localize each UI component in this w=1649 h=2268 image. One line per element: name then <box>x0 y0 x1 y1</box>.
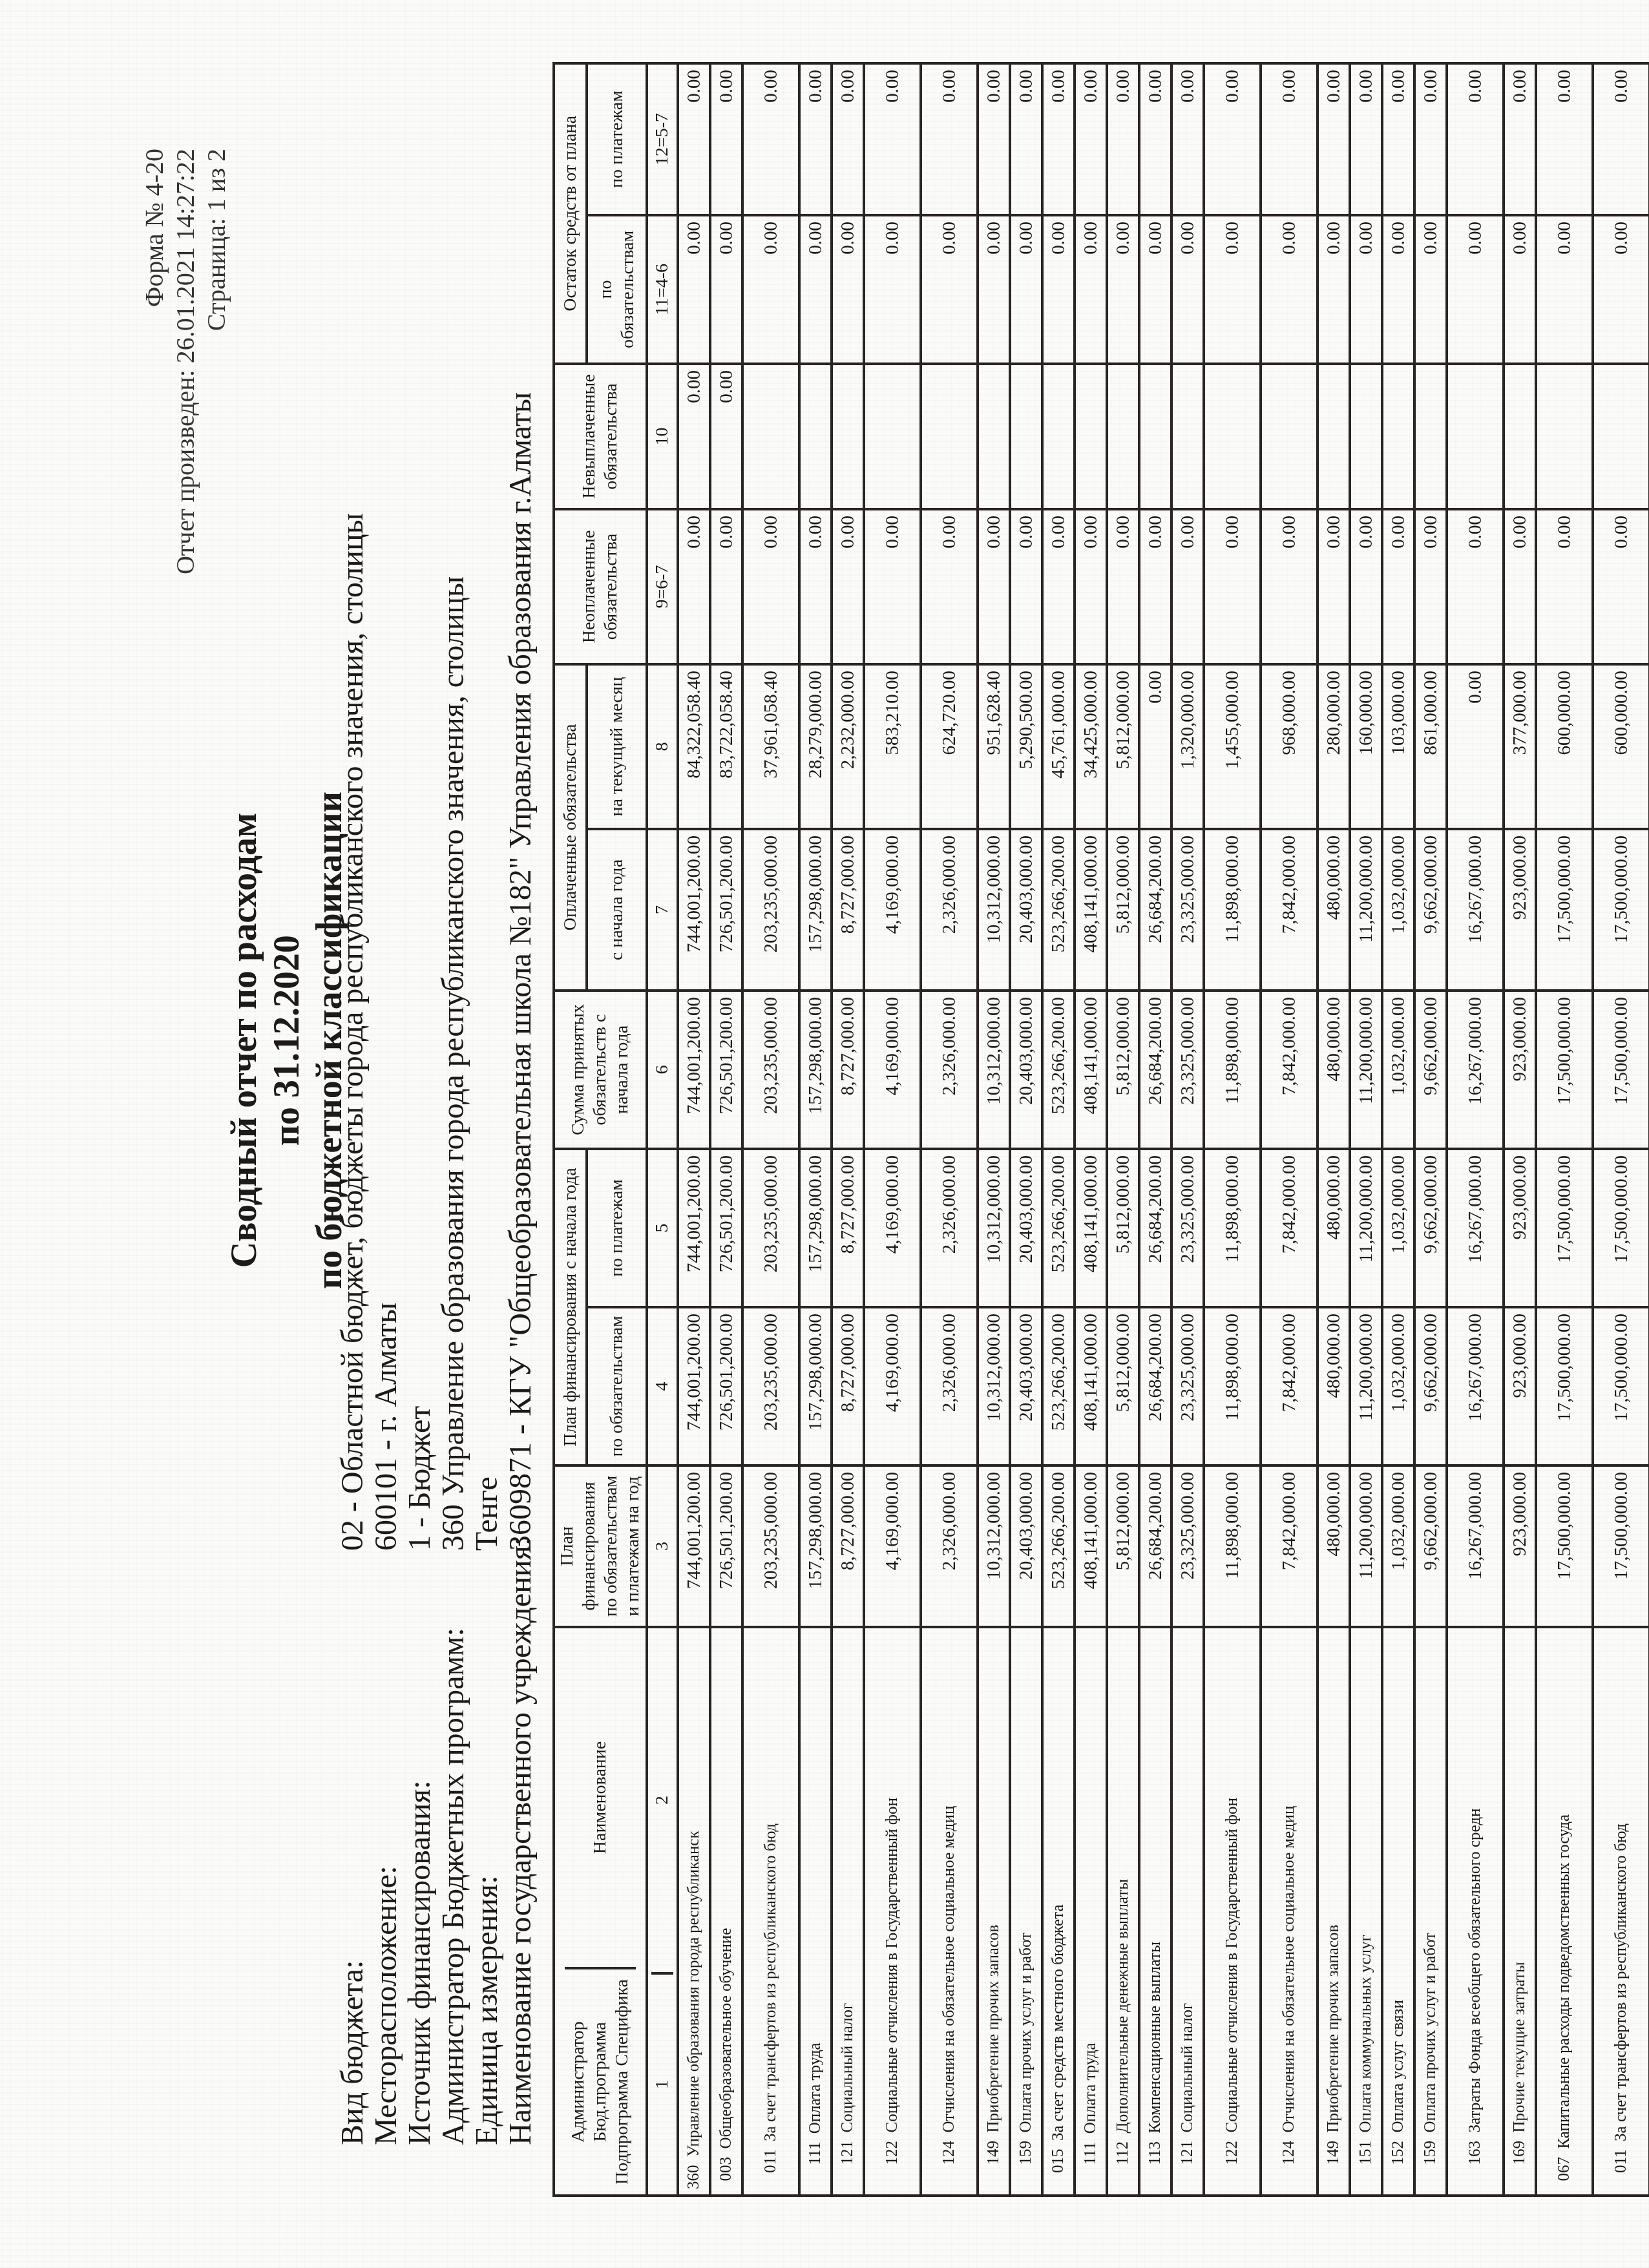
cell-c8: 34,425,000.00 <box>1075 664 1107 829</box>
cell-c8: 28,279,000.00 <box>799 664 832 829</box>
header-remainder-payments: по платежам <box>587 63 647 215</box>
table-row: 152 Оплата услуг связи1,032,000.001,032,… <box>1382 63 1414 2196</box>
cell-c10 <box>1042 364 1075 509</box>
cell-c12: 0.00 <box>1318 63 1350 215</box>
meta-row: Единица измерения:Тенге <box>470 392 504 2145</box>
cell-c8: 968,000.00 <box>1261 664 1318 829</box>
table-row: 111 Оплата труда408,141,000.00408,141,00… <box>1075 63 1107 2196</box>
cell-c4: 17,500,000.00 <box>1536 1307 1593 1465</box>
row-name: 151 Оплата коммунальных услуг <box>1350 1627 1382 2196</box>
cell-c10: 0.00 <box>678 364 710 509</box>
table-row: 122 Социальные отчисления в Государствен… <box>864 63 921 2196</box>
cell-c8: 861,000.00 <box>1414 664 1447 829</box>
cell-c10 <box>1107 364 1139 509</box>
cell-c9: 0.00 <box>742 509 799 664</box>
cell-c4: 157,298,000.00 <box>799 1307 832 1465</box>
cell-c12: 0.00 <box>1075 63 1107 215</box>
cell-c9: 0.00 <box>921 509 978 664</box>
cell-c12: 0.00 <box>799 63 832 215</box>
meta-label: Месторасположение: <box>370 1551 403 2145</box>
header-name-text: Наименование <box>565 1628 636 1967</box>
table-row: 011 За счет трансфертов из республиканск… <box>1593 63 1649 2196</box>
row-name: 011 За счет трансфертов из республиканск… <box>742 1627 799 2196</box>
header-admin-code-text: Администратор Бюд.программа Подпрограмма… <box>565 1967 636 2194</box>
cell-c4: 2,326,000.00 <box>921 1307 978 1465</box>
cell-c6: 523,266,200.00 <box>1042 991 1075 1149</box>
report-generated: Отчет произведен: 26.01.2021 14:27:22 <box>170 149 201 574</box>
table-row: 067 Капитальные расходы подведомственных… <box>1536 63 1593 2196</box>
cell-c7: 17,500,000.00 <box>1593 829 1649 991</box>
cell-c11: 0.00 <box>1382 215 1414 364</box>
row-name: 152 Оплата услуг связи <box>1382 1627 1414 2196</box>
cell-c9: 0.00 <box>678 509 710 664</box>
column-number-10: 10 <box>647 364 678 509</box>
header-paid-obligations: Оплаченные обязательства <box>554 664 587 991</box>
table-body: 360 Управление образования города респуб… <box>678 63 1649 2196</box>
cell-c9: 0.00 <box>1139 509 1171 664</box>
table-row: 121 Социальный налог23,325,000.0023,325,… <box>1171 63 1204 2196</box>
cell-c9: 0.00 <box>1414 509 1447 664</box>
cell-c3: 26,684,200.00 <box>1139 1465 1171 1627</box>
cell-c7: 20,403,000.00 <box>1010 829 1042 991</box>
cell-c9: 0.00 <box>1536 509 1593 664</box>
cell-c8: 624,720.00 <box>921 664 978 829</box>
cell-c9: 0.00 <box>1382 509 1414 664</box>
title-line-1: Сводный отчет по расходам <box>223 394 266 1686</box>
cell-c5: 408,141,000.00 <box>1075 1149 1107 1307</box>
header-paid-ytd: с начала года <box>587 829 647 991</box>
cell-c8: 45,761,000.00 <box>1042 664 1075 829</box>
header-plan-obligations: по обязательствам <box>587 1307 647 1465</box>
column-number-11: 11=4-6 <box>647 215 678 364</box>
cell-c9: 0.00 <box>832 509 864 664</box>
cell-c7: 1,032,000.00 <box>1382 829 1414 991</box>
table-row: 124 Отчисления на обязательное социально… <box>921 63 978 2196</box>
cell-c7: 8,727,000.00 <box>832 829 864 991</box>
cell-c10: 0.00 <box>710 364 742 509</box>
row-name: 122 Социальные отчисления в Государствен… <box>1204 1627 1261 2196</box>
cell-c5: 23,325,000.00 <box>1171 1149 1204 1307</box>
cell-c6: 8,727,000.00 <box>832 991 864 1149</box>
cell-c12: 0.00 <box>1350 63 1382 215</box>
header-plan-ytd: План финансирования с начала года <box>554 1149 587 1465</box>
cell-c12: 0.00 <box>864 63 921 215</box>
cell-c10 <box>1010 364 1042 509</box>
cell-c9: 0.00 <box>1042 509 1075 664</box>
row-name: 111 Оплата труда <box>799 1627 832 2196</box>
form-number: Форма № 4-20 <box>139 149 170 574</box>
cell-c4: 10,312,000.00 <box>978 1307 1010 1465</box>
cell-c6: 2,326,000.00 <box>921 991 978 1149</box>
meta-value: 360 Управление образования города респуб… <box>437 576 470 1551</box>
cell-c5: 11,898,000.00 <box>1204 1149 1261 1307</box>
column-number-6: 6 <box>647 991 678 1149</box>
cell-c9: 0.00 <box>1171 509 1204 664</box>
cell-c12: 0.00 <box>1447 63 1504 215</box>
cell-c3: 408,141,000.00 <box>1075 1465 1107 1627</box>
cell-c11: 0.00 <box>1593 215 1649 364</box>
column-number-8: 8 <box>647 664 678 829</box>
cell-c3: 4,169,000.00 <box>864 1465 921 1627</box>
header-accepted-obligations: Сумма принятых обязательств с начала год… <box>554 991 647 1149</box>
cell-c9: 0.00 <box>1010 509 1042 664</box>
cell-c3: 744,001,200.00 <box>678 1465 710 1627</box>
cell-c10 <box>1350 364 1382 509</box>
cell-c11: 0.00 <box>799 215 832 364</box>
cell-c3: 8,727,000.00 <box>832 1465 864 1627</box>
cell-c5: 17,500,000.00 <box>1536 1149 1593 1307</box>
cell-c7: 16,267,000.00 <box>1447 829 1504 991</box>
cell-c3: 17,500,000.00 <box>1593 1465 1649 1627</box>
cell-c11: 0.00 <box>742 215 799 364</box>
cell-c5: 4,169,000.00 <box>864 1149 921 1307</box>
cell-c3: 20,403,000.00 <box>1010 1465 1042 1627</box>
table-row: 121 Социальный налог8,727,000.008,727,00… <box>832 63 864 2196</box>
cell-c6: 1,032,000.00 <box>1382 991 1414 1149</box>
cell-c12: 0.00 <box>678 63 710 215</box>
column-number-5: 5 <box>647 1149 678 1307</box>
row-name: 159 Оплата прочих услуг и работ <box>1010 1627 1042 2196</box>
cell-c5: 157,298,000.00 <box>799 1149 832 1307</box>
cell-c4: 480,000.00 <box>1318 1307 1350 1465</box>
row-name: 124 Отчисления на обязательное социально… <box>1261 1627 1318 2196</box>
cell-c4: 203,235,000.00 <box>742 1307 799 1465</box>
cell-c11: 0.00 <box>921 215 978 364</box>
table-row: 149 Приобретение прочих запасов10,312,00… <box>978 63 1010 2196</box>
cell-c10 <box>1139 364 1171 509</box>
cell-c8: 160,000.00 <box>1350 664 1382 829</box>
cell-c11: 0.00 <box>1107 215 1139 364</box>
cell-c6: 16,267,000.00 <box>1447 991 1504 1149</box>
cell-c5: 923,000.00 <box>1504 1149 1536 1307</box>
cell-c9: 0.00 <box>710 509 742 664</box>
cell-c3: 523,266,200.00 <box>1042 1465 1075 1627</box>
cell-c11: 0.00 <box>978 215 1010 364</box>
cell-c4: 744,001,200.00 <box>678 1307 710 1465</box>
cell-c7: 726,501,200.00 <box>710 829 742 991</box>
cell-c5: 726,501,200.00 <box>710 1149 742 1307</box>
report-title: Сводный отчет по расходам по 31.12.2020 … <box>223 394 351 1686</box>
cell-c4: 20,403,000.00 <box>1010 1307 1042 1465</box>
cell-c9: 0.00 <box>799 509 832 664</box>
column-number-3: 3 <box>647 1465 678 1627</box>
cell-c12: 0.00 <box>710 63 742 215</box>
cell-c6: 7,842,000.00 <box>1261 991 1318 1149</box>
cell-c11: 0.00 <box>710 215 742 364</box>
cell-c10 <box>1504 364 1536 509</box>
cell-c6: 26,684,200.00 <box>1139 991 1171 1149</box>
cell-c7: 923,000.00 <box>1504 829 1536 991</box>
cell-c12: 0.00 <box>1107 63 1139 215</box>
cell-c8: 83,722,058.40 <box>710 664 742 829</box>
header-unpaid-obligations: Неоплаченные обязательства <box>554 509 647 664</box>
cell-c8: 951,628.40 <box>978 664 1010 829</box>
cell-c12: 0.00 <box>1042 63 1075 215</box>
cell-c9: 0.00 <box>1107 509 1139 664</box>
cell-c5: 5,812,000.00 <box>1107 1149 1139 1307</box>
cell-c7: 203,235,000.00 <box>742 829 799 991</box>
cell-c3: 17,500,000.00 <box>1536 1465 1593 1627</box>
cell-c11: 0.00 <box>1261 215 1318 364</box>
cell-c3: 7,842,000.00 <box>1261 1465 1318 1627</box>
table-row: 122 Социальные отчисления в Государствен… <box>1204 63 1261 2196</box>
table-row: 112 Дополнительные денежные выплаты5,812… <box>1107 63 1139 2196</box>
cell-c10 <box>1414 364 1447 509</box>
cell-c12: 0.00 <box>978 63 1010 215</box>
cell-c8: 103,000.00 <box>1382 664 1414 829</box>
cell-c4: 4,169,000.00 <box>864 1307 921 1465</box>
cell-c5: 2,326,000.00 <box>921 1149 978 1307</box>
cell-c6: 9,662,000.00 <box>1414 991 1447 1149</box>
meta-label: Наименование государственного учреждения… <box>504 1551 538 2145</box>
cell-c10 <box>1447 364 1504 509</box>
cell-c11: 0.00 <box>1318 215 1350 364</box>
cell-c8: 2,232,000.00 <box>832 664 864 829</box>
cell-c4: 23,325,000.00 <box>1171 1307 1204 1465</box>
column-number-4: 4 <box>647 1307 678 1465</box>
cell-c6: 20,403,000.00 <box>1010 991 1042 1149</box>
cell-c12: 0.00 <box>1204 63 1261 215</box>
cell-c11: 0.00 <box>1414 215 1447 364</box>
meta-label: Единица измерения: <box>470 1551 504 2145</box>
cell-c6: 726,501,200.00 <box>710 991 742 1149</box>
cell-c10 <box>1075 364 1107 509</box>
cell-c6: 203,235,000.00 <box>742 991 799 1149</box>
table-row: 111 Оплата труда157,298,000.00157,298,00… <box>799 63 832 2196</box>
cell-c7: 157,298,000.00 <box>799 829 832 991</box>
cell-c3: 203,235,000.00 <box>742 1465 799 1627</box>
cell-c11: 0.00 <box>1042 215 1075 364</box>
row-name: 360 Управление образования города респуб… <box>678 1627 710 2196</box>
header-plan-payments: по платежам <box>587 1149 647 1307</box>
cell-c11: 0.00 <box>1010 215 1042 364</box>
report-page: Форма № 4-20 Отчет произведен: 26.01.202… <box>0 0 1649 2268</box>
cell-c10 <box>1171 364 1204 509</box>
row-name: 149 Приобретение прочих запасов <box>1318 1627 1350 2196</box>
cell-c3: 10,312,000.00 <box>978 1465 1010 1627</box>
row-name: 124 Отчисления на обязательное социально… <box>921 1627 978 2196</box>
cell-c10 <box>799 364 832 509</box>
table-row: 151 Оплата коммунальных услуг11,200,000.… <box>1350 63 1382 2196</box>
row-name: 113 Компенсационные выплаты <box>1139 1627 1171 2196</box>
cell-c3: 2,326,000.00 <box>921 1465 978 1627</box>
cell-c6: 923,000.00 <box>1504 991 1536 1149</box>
cell-c3: 726,501,200.00 <box>710 1465 742 1627</box>
cell-c3: 16,267,000.00 <box>1447 1465 1504 1627</box>
cell-c9: 0.00 <box>1204 509 1261 664</box>
cell-c4: 11,898,000.00 <box>1204 1307 1261 1465</box>
column-number-12: 12=5-7 <box>647 63 678 215</box>
row-name: 122 Социальные отчисления в Государствен… <box>864 1627 921 2196</box>
cell-c9: 0.00 <box>978 509 1010 664</box>
cell-c6: 744,001,200.00 <box>678 991 710 1149</box>
cell-c7: 744,001,200.00 <box>678 829 710 991</box>
cell-c8: 5,812,000.00 <box>1107 664 1139 829</box>
meta-row: Источник финансирования:1 - Бюджет <box>403 392 437 2145</box>
cell-c8: 1,320,000.00 <box>1171 664 1204 829</box>
cell-c5: 8,727,000.00 <box>832 1149 864 1307</box>
table-row: 124 Отчисления на обязательное социально… <box>1261 63 1318 2196</box>
meta-label: Администратор Бюджетных программ: <box>437 1551 470 2145</box>
cell-c11: 0.00 <box>1204 215 1261 364</box>
table-row: 163 Затраты Фонда всеобщего обязательног… <box>1447 63 1504 2196</box>
cell-c5: 20,403,000.00 <box>1010 1149 1042 1307</box>
cell-c5: 7,842,000.00 <box>1261 1149 1318 1307</box>
cell-c4: 17,500,000.00 <box>1593 1307 1649 1465</box>
table-row: 015 За счет средств местного бюджета523,… <box>1042 63 1075 2196</box>
form-info: Форма № 4-20 Отчет произведен: 26.01.202… <box>139 149 232 574</box>
cell-c6: 480,000.00 <box>1318 991 1350 1149</box>
cell-c5: 16,267,000.00 <box>1447 1149 1504 1307</box>
cell-c12: 0.00 <box>742 63 799 215</box>
cell-c5: 26,684,200.00 <box>1139 1149 1171 1307</box>
cell-c6: 23,325,000.00 <box>1171 991 1204 1149</box>
row-name: 011 За счет трансфертов из республиканск… <box>1593 1627 1649 2196</box>
cell-c6: 17,500,000.00 <box>1536 991 1593 1149</box>
cell-c7: 11,200,000.00 <box>1350 829 1382 991</box>
cell-c8: 280,000.00 <box>1318 664 1350 829</box>
cell-c12: 0.00 <box>1536 63 1593 215</box>
cell-c9: 0.00 <box>1075 509 1107 664</box>
cell-c10 <box>1261 364 1318 509</box>
meta-label: Вид бюджета: <box>336 1551 370 2145</box>
cell-c10 <box>1536 364 1593 509</box>
cell-c4: 9,662,000.00 <box>1414 1307 1447 1465</box>
cell-c7: 23,325,000.00 <box>1171 829 1204 991</box>
meta-row: Месторасположение:600101 - г. Алматы <box>370 392 403 2145</box>
cell-c7: 2,326,000.00 <box>921 829 978 991</box>
row-name: 159 Оплата прочих услуг и работ <box>1414 1627 1447 2196</box>
row-name: 149 Приобретение прочих запасов <box>978 1627 1010 2196</box>
cell-c3: 1,032,000.00 <box>1382 1465 1414 1627</box>
table-row: 113 Компенсационные выплаты26,684,200.00… <box>1139 63 1171 2196</box>
cell-c10 <box>978 364 1010 509</box>
cell-c10 <box>1318 364 1350 509</box>
cell-c6: 11,898,000.00 <box>1204 991 1261 1149</box>
report-meta: Вид бюджета:02 - Областной бюджет, бюдже… <box>336 392 538 2145</box>
row-name: 067 Капитальные расходы подведомственных… <box>1536 1627 1593 2196</box>
cell-c7: 9,662,000.00 <box>1414 829 1447 991</box>
cell-c3: 157,298,000.00 <box>799 1465 832 1627</box>
cell-c4: 16,267,000.00 <box>1447 1307 1504 1465</box>
cell-c10 <box>864 364 921 509</box>
cell-c8: 1,455,000.00 <box>1204 664 1261 829</box>
table-row: 003 Общеобразовательное обучение726,501,… <box>710 63 742 2196</box>
cell-c5: 10,312,000.00 <box>978 1149 1010 1307</box>
cell-c12: 0.00 <box>1504 63 1536 215</box>
row-name: 015 За счет средств местного бюджета <box>1042 1627 1075 2196</box>
cell-c4: 5,812,000.00 <box>1107 1307 1139 1465</box>
meta-row: Наименование государственного учреждения… <box>504 392 538 2145</box>
cell-c7: 523,266,200.00 <box>1042 829 1075 991</box>
cell-c11: 0.00 <box>1350 215 1382 364</box>
row-name: 163 Затраты Фонда всеобщего обязательног… <box>1447 1627 1504 2196</box>
table-row: 011 За счет трансфертов из республиканск… <box>742 63 799 2196</box>
cell-c6: 10,312,000.00 <box>978 991 1010 1149</box>
cell-c12: 0.00 <box>1414 63 1447 215</box>
cell-c5: 1,032,000.00 <box>1382 1149 1414 1307</box>
cell-c4: 923,000.00 <box>1504 1307 1536 1465</box>
cell-c7: 480,000.00 <box>1318 829 1350 991</box>
cell-c6: 408,141,000.00 <box>1075 991 1107 1149</box>
cell-c5: 9,662,000.00 <box>1414 1149 1447 1307</box>
cell-c10 <box>742 364 799 509</box>
cell-c11: 0.00 <box>1171 215 1204 364</box>
cell-c12: 0.00 <box>1139 63 1171 215</box>
cell-c7: 7,842,000.00 <box>1261 829 1318 991</box>
cell-c3: 11,200,000.00 <box>1350 1465 1382 1627</box>
column-number-7: 7 <box>647 829 678 991</box>
cell-c3: 9,662,000.00 <box>1414 1465 1447 1627</box>
cell-c12: 0.00 <box>1010 63 1042 215</box>
table-row: 169 Прочие текущие затраты923,000.00923,… <box>1504 63 1536 2196</box>
table-row: 159 Оплата прочих услуг и работ9,662,000… <box>1414 63 1447 2196</box>
cell-c8: 0.00 <box>1139 664 1171 829</box>
cell-c5: 203,235,000.00 <box>742 1149 799 1307</box>
cell-c10 <box>921 364 978 509</box>
cell-c4: 26,684,200.00 <box>1139 1307 1171 1465</box>
row-name: 121 Социальный налог <box>1171 1627 1204 2196</box>
row-name: 121 Социальный налог <box>832 1627 864 2196</box>
meta-value: 1 - Бюджет <box>403 1406 437 1551</box>
table-row: 360 Управление образования города респуб… <box>678 63 710 2196</box>
cell-c10 <box>1204 364 1261 509</box>
cell-c7: 10,312,000.00 <box>978 829 1010 991</box>
meta-value: 02 - Областной бюджет, бюджеты города ре… <box>336 513 370 1551</box>
cell-c4: 11,200,000.00 <box>1350 1307 1382 1465</box>
cell-c6: 11,200,000.00 <box>1350 991 1382 1149</box>
cell-c10 <box>832 364 864 509</box>
cell-c4: 523,266,200.00 <box>1042 1307 1075 1465</box>
cell-c3: 11,898,000.00 <box>1204 1465 1261 1627</box>
row-name: 111 Оплата труда <box>1075 1627 1107 2196</box>
column-number-9: 9=6-7 <box>647 509 678 664</box>
cell-c8: 0.00 <box>1447 664 1504 829</box>
cell-c9: 0.00 <box>1447 509 1504 664</box>
cell-c8: 5,290,500.00 <box>1010 664 1042 829</box>
cell-c11: 0.00 <box>1139 215 1171 364</box>
cell-c9: 0.00 <box>1261 509 1318 664</box>
cell-c12: 0.00 <box>1382 63 1414 215</box>
cell-c6: 17,500,000.00 <box>1593 991 1649 1149</box>
cell-c3: 23,325,000.00 <box>1171 1465 1204 1627</box>
cell-c4: 1,032,000.00 <box>1382 1307 1414 1465</box>
header-remainder-obligations: по обязательствам <box>587 215 647 364</box>
cell-c11: 0.00 <box>1447 215 1504 364</box>
cell-c6: 4,169,000.00 <box>864 991 921 1149</box>
cell-c8: 583,210.00 <box>864 664 921 829</box>
cell-c6: 5,812,000.00 <box>1107 991 1139 1149</box>
cell-c8: 377,000.00 <box>1504 664 1536 829</box>
cell-c11: 0.00 <box>832 215 864 364</box>
meta-value: 3609871 - КГУ "Общеобразовательная школа… <box>504 392 538 1551</box>
header-unsettled-obligations: Невыплаченные обязательства <box>554 364 647 509</box>
row-name: 112 Дополнительные денежные выплаты <box>1107 1627 1139 2196</box>
cell-c12: 0.00 <box>1171 63 1204 215</box>
meta-row: Администратор Бюджетных программ:360 Упр… <box>437 392 470 2145</box>
cell-c8: 600,000.00 <box>1536 664 1593 829</box>
cell-c5: 11,200,000.00 <box>1350 1149 1382 1307</box>
cell-c7: 17,500,000.00 <box>1536 829 1593 991</box>
row-name: 003 Общеобразовательное обучение <box>710 1627 742 2196</box>
cell-c3: 480,000.00 <box>1318 1465 1350 1627</box>
header-plan-remainder: Остаток средств от плана <box>554 63 587 364</box>
table-row: 159 Оплата прочих услуг и работ20,403,00… <box>1010 63 1042 2196</box>
cell-c8: 84,322,058.40 <box>678 664 710 829</box>
cell-c11: 0.00 <box>864 215 921 364</box>
meta-value: 600101 - г. Алматы <box>370 1303 403 1551</box>
cell-c12: 0.00 <box>1261 63 1318 215</box>
